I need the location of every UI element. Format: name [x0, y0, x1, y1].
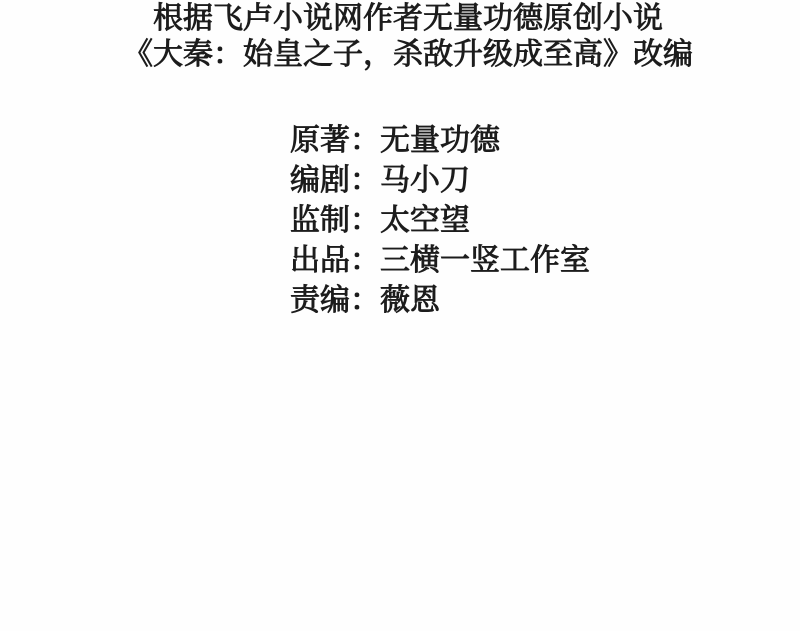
- credit-colon: ：: [350, 123, 380, 158]
- credit-row-original-work: 原著：无量功德: [290, 121, 800, 161]
- credit-colon: ：: [350, 243, 380, 278]
- credit-colon: ：: [350, 203, 380, 238]
- credit-label-screenwriter: 编剧: [290, 163, 350, 198]
- credit-value-supervisor: 太空望: [380, 203, 470, 238]
- credit-value-original-work: 无量功德: [380, 123, 500, 158]
- credit-label-original-work: 原著: [290, 123, 350, 158]
- credits-list: 原著：无量功德 编剧：马小刀 监制：太空望 出品：三横一竖工作室 责编：薇恩: [290, 121, 800, 321]
- credit-value-producer: 三横一竖工作室: [380, 243, 590, 278]
- credit-row-supervisor: 监制：太空望: [290, 201, 800, 241]
- credit-row-screenwriter: 编剧：马小刀: [290, 161, 800, 201]
- adaptation-notice: 根据飞卢小说网作者无量功德原创小说 《大秦：始皇之子，杀敌升级成至高》改编: [0, 0, 800, 73]
- adaptation-notice-line1: 根据飞卢小说网作者无量功德原创小说: [16, 1, 800, 37]
- credit-colon: ：: [350, 283, 380, 318]
- adaptation-notice-line2: 《大秦：始皇之子，杀敌升级成至高》改编: [16, 37, 800, 73]
- credit-colon: ：: [350, 163, 380, 198]
- credit-label-editor: 责编: [290, 283, 350, 318]
- credit-row-editor: 责编：薇恩: [290, 281, 800, 321]
- credit-label-producer: 出品: [290, 243, 350, 278]
- credit-label-supervisor: 监制: [290, 203, 350, 238]
- credit-value-editor: 薇恩: [380, 283, 440, 318]
- credit-value-screenwriter: 马小刀: [380, 163, 470, 198]
- credit-row-producer: 出品：三横一竖工作室: [290, 241, 800, 281]
- credits-page: 根据飞卢小说网作者无量功德原创小说 《大秦：始皇之子，杀敌升级成至高》改编 原著…: [0, 0, 800, 631]
